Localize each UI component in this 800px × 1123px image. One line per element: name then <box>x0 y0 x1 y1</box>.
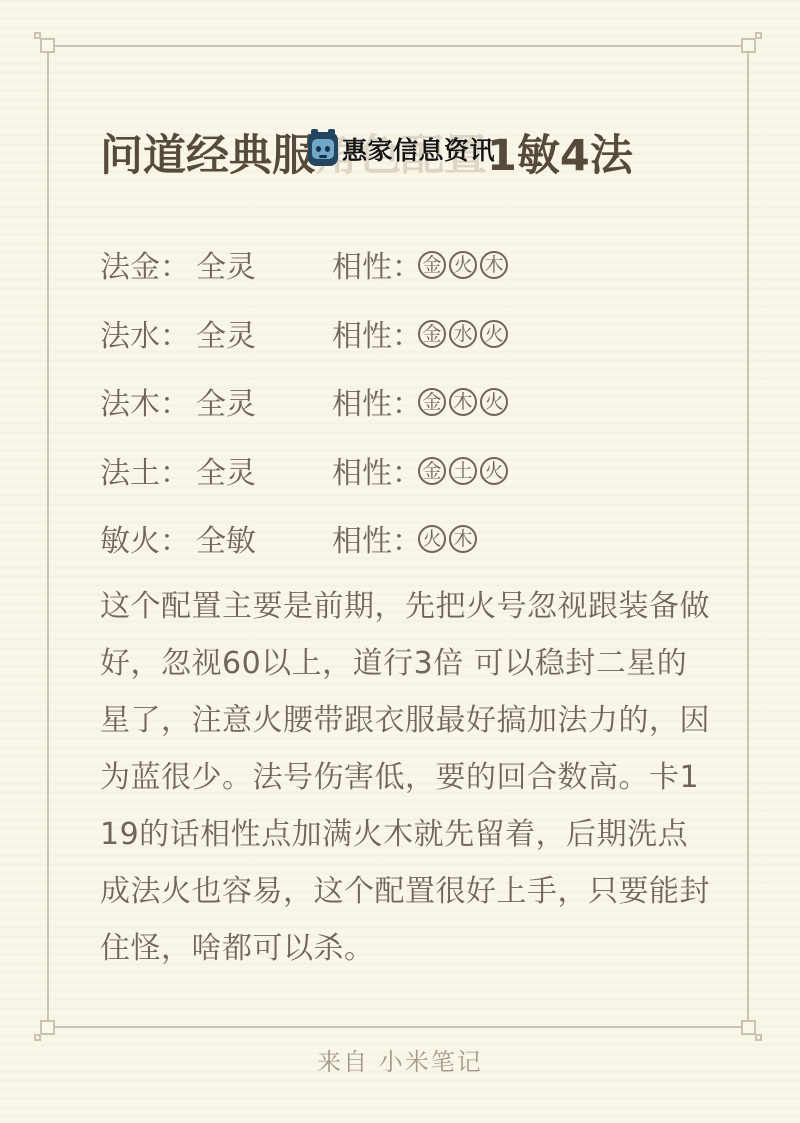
config-row: 法土： 全灵 相性： 金土火 <box>100 456 720 494</box>
element-circle: 金 <box>418 251 446 279</box>
config-rows: 法金： 全灵 相性： 金火木 法水： 全灵 相性： 金水火 法木： 全灵 相性：… <box>100 0 720 600</box>
robot-avatar-icon <box>308 132 338 166</box>
affinity-label: 相性： <box>332 387 422 423</box>
affinity-elements: 火木 <box>418 525 477 553</box>
element-circle: 金 <box>418 320 446 348</box>
affinity-label: 相性： <box>332 524 422 560</box>
frame-corner-bottom-right <box>741 1020 756 1035</box>
element-circle: 水 <box>449 320 477 348</box>
note-paragraph: 这个配置主要是前期，先把火号忽视跟装备做好，忽视60以上，道行3倍 可以稳封二星… <box>100 578 714 977</box>
row-label: 法木： <box>100 387 190 423</box>
frame-corner-top-right <box>741 38 756 53</box>
affinity-elements: 金土火 <box>418 457 508 485</box>
element-circle: 金 <box>418 388 446 416</box>
element-circle: 火 <box>480 388 508 416</box>
element-circle: 木 <box>449 388 477 416</box>
affinity-elements: 金水火 <box>418 320 508 348</box>
row-label: 法金： <box>100 250 190 286</box>
element-circle: 火 <box>480 320 508 348</box>
element-circle: 木 <box>480 251 508 279</box>
config-row: 法金： 全灵 相性： 金火木 <box>100 250 720 288</box>
row-value: 全灵 <box>196 387 256 423</box>
watermark-text: 惠家信息资讯 <box>342 131 495 167</box>
frame-corner-bottom-left <box>40 1020 55 1035</box>
row-value: 全敏 <box>196 524 256 560</box>
row-value: 全灵 <box>196 319 256 355</box>
row-value: 全灵 <box>196 250 256 286</box>
row-value: 全灵 <box>196 456 256 492</box>
frame-corner-top-left <box>40 38 55 53</box>
row-label: 敏火： <box>100 524 190 560</box>
watermark-badge: 惠家信息资讯 <box>308 131 495 167</box>
element-circle: 火 <box>418 525 446 553</box>
element-circle: 土 <box>449 457 477 485</box>
affinity-elements: 金木火 <box>418 388 508 416</box>
element-circle: 火 <box>449 251 477 279</box>
row-label: 法土： <box>100 456 190 492</box>
config-row: 法木： 全灵 相性： 金木火 <box>100 387 720 425</box>
affinity-label: 相性： <box>332 250 422 286</box>
footer-attribution: 来自 小米笔记 <box>0 1042 800 1077</box>
config-row: 敏火： 全敏 相性： 火木 <box>100 524 720 562</box>
element-circle: 火 <box>480 457 508 485</box>
element-circle: 木 <box>449 525 477 553</box>
affinity-elements: 金火木 <box>418 251 508 279</box>
config-row: 法水： 全灵 相性： 金水火 <box>100 319 720 357</box>
affinity-label: 相性： <box>332 319 422 355</box>
element-circle: 金 <box>418 457 446 485</box>
affinity-label: 相性： <box>332 456 422 492</box>
row-label: 法水： <box>100 319 190 355</box>
